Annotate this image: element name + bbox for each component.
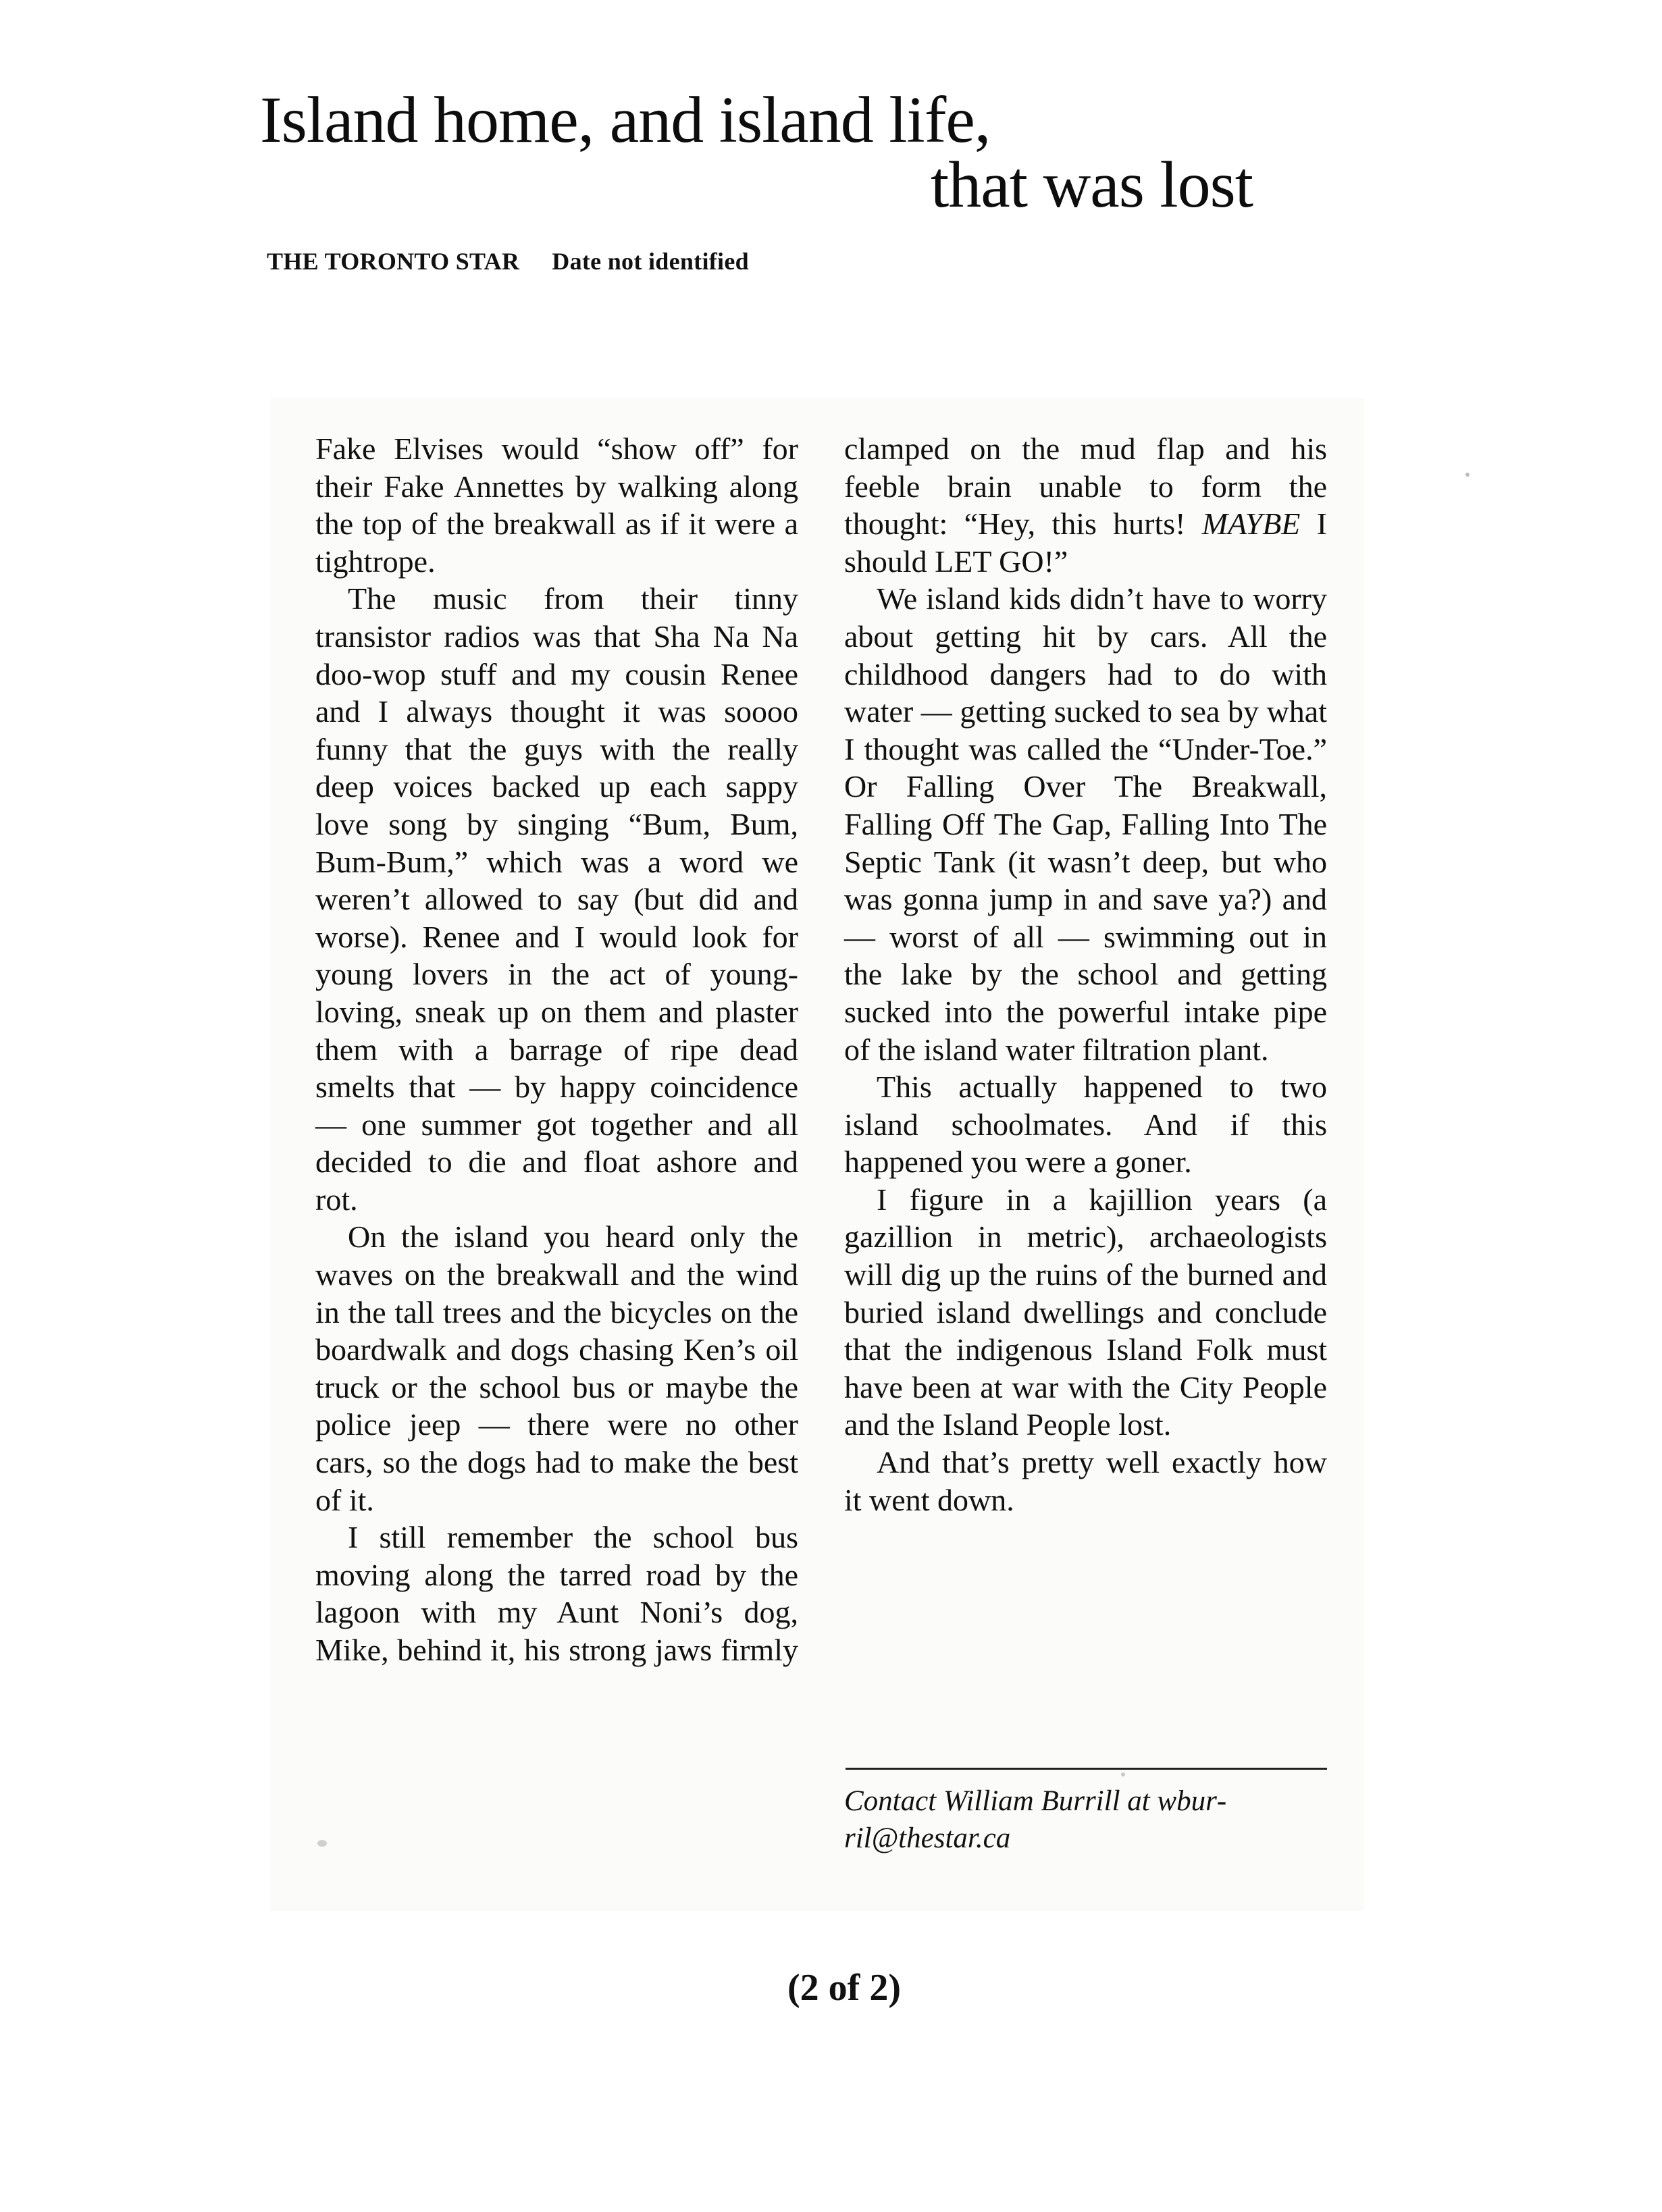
article-column-left: Fake Elvises would “show off” for their … [315, 430, 798, 1669]
paragraph: And that’s pretty well exactly how it we… [844, 1444, 1327, 1519]
article-column-right: clamped on the mud flap and his feeble b… [844, 430, 1327, 1519]
paragraph: I still remember the school bus moving a… [315, 1519, 798, 1668]
scan-speck [1121, 1772, 1125, 1776]
paragraph: I figure in a kajillion years (a gazilli… [844, 1181, 1327, 1444]
author-contact: Contact William Burrill at wbur­ril@thes… [844, 1783, 1327, 1857]
paragraph: Fake Elvises would “show off” for their … [315, 430, 798, 580]
headline-line-2: that was lost [260, 153, 1253, 217]
headline-line-1: Island home, and island life, [260, 88, 1253, 153]
scan-speck [317, 1840, 327, 1847]
page-number: (2 of 2) [675, 1966, 1013, 2009]
publication-date: Date not identified [552, 248, 749, 275]
paragraph: The music from their tinny transistor ra… [315, 580, 798, 1218]
paragraph: On the island you heard only the waves o… [315, 1218, 798, 1519]
emphasis-text: MAYBE [1202, 506, 1301, 541]
divider-rule [846, 1768, 1327, 1770]
headline: Island home, and island life, that was l… [260, 88, 1253, 217]
paragraph: This actually happened to two island sch… [844, 1068, 1327, 1181]
publication-name: THE TORONTO STAR [267, 248, 519, 275]
paragraph: clamped on the mud flap and his feeble b… [844, 430, 1327, 580]
source-line: THE TORONTO STARDate not identified [267, 247, 749, 275]
scan-speck [1465, 473, 1470, 477]
paragraph: We island kids didn’t have to worry abou… [844, 580, 1327, 1068]
